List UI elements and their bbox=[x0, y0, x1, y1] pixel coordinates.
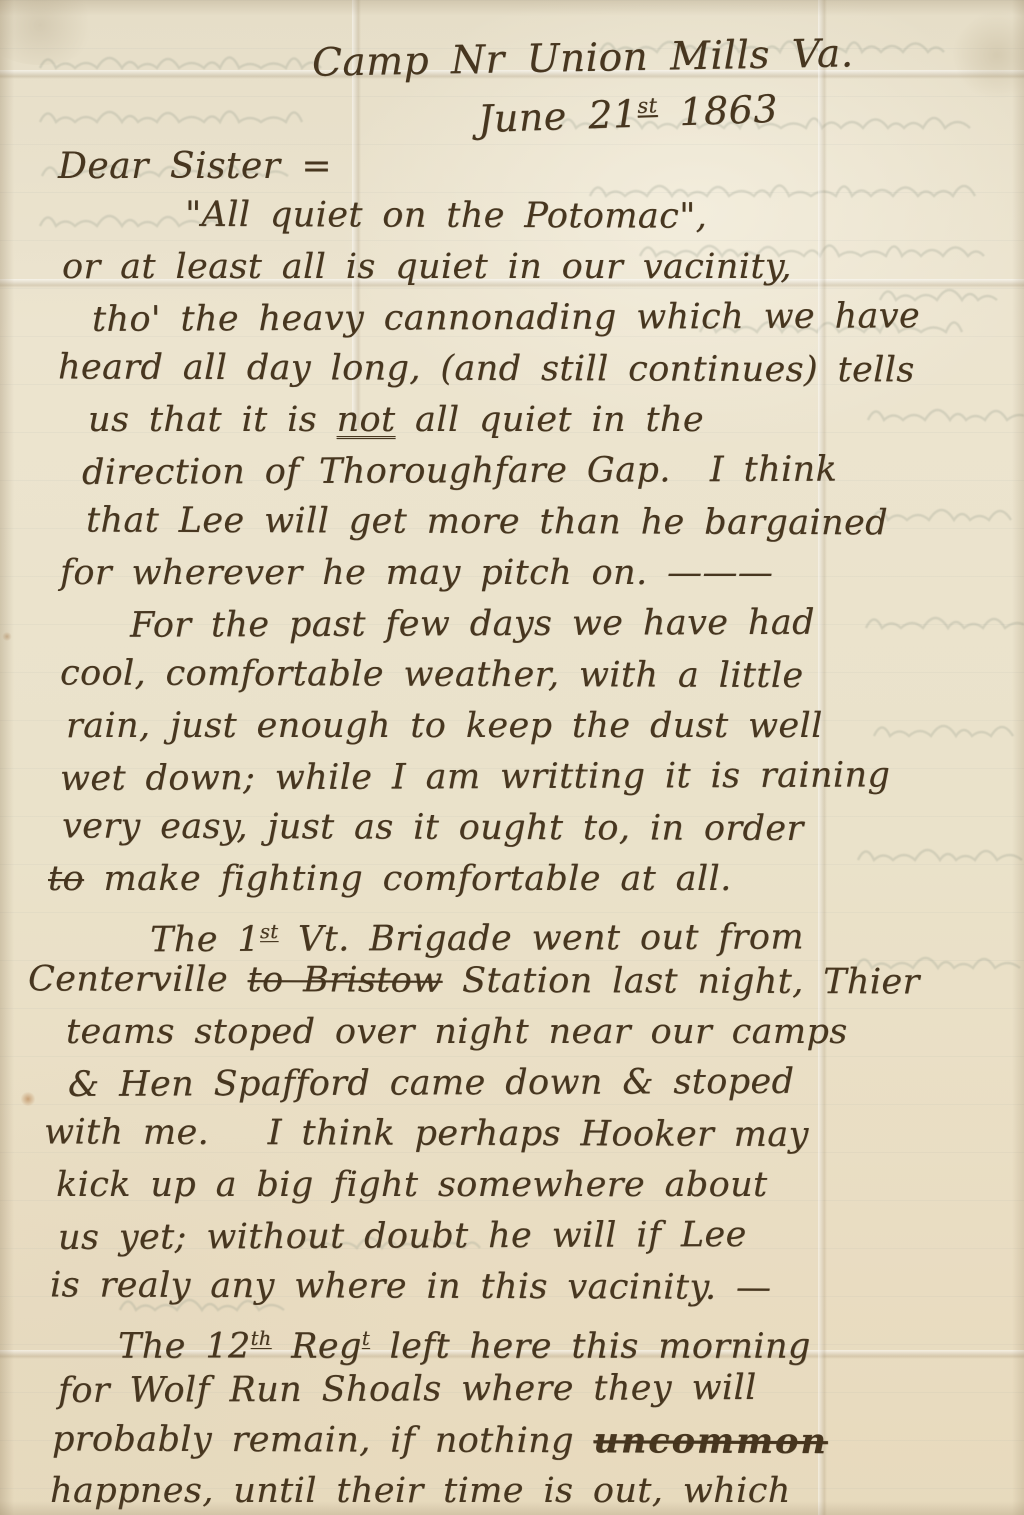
handwriting-segment: to bbox=[48, 859, 84, 899]
letter-line-20: kick up a big fight somewhere about bbox=[0, 1160, 1024, 1211]
letter-line-19: with me. I think perhaps Hooker may bbox=[0, 1107, 1024, 1162]
letter-line-13: very easy, just as it ought to, in order bbox=[0, 801, 1024, 856]
handwriting-segment: all quiet in the bbox=[395, 400, 704, 440]
letter-line-10: cool, comfortable weather, with a little bbox=[0, 648, 1024, 703]
letter-heading-location: Camp Nr Union Mills Va. bbox=[312, 31, 854, 85]
corner-discoloration bbox=[0, 0, 100, 65]
handwriting-segment: teams stoped over night near our camps bbox=[66, 1012, 848, 1052]
handwriting-segment: heard all day long, (and still continues… bbox=[58, 347, 915, 390]
letter-line-8: for wherever he may pitch on. ——— bbox=[0, 548, 1024, 599]
letter-line-7: that Lee will get more than he bargained bbox=[0, 495, 1024, 550]
letter-line-18: & Hen Spafford came down & stoped bbox=[0, 1056, 1024, 1111]
handwriting-segment: tho' the heavy cannonading which we have bbox=[92, 296, 920, 340]
handwriting-segment: that Lee will get more than he bargained bbox=[86, 501, 888, 544]
letter-line-5: us that it is not all quiet in the bbox=[0, 395, 1024, 446]
letter-line-21: us yet; without doubt he will if Lee bbox=[0, 1209, 1024, 1264]
handwriting-segment: uncommon bbox=[593, 1420, 828, 1462]
handwriting-segment: happnes, until their time is out, which bbox=[50, 1471, 791, 1511]
letter-line-24: for Wolf Run Shoals where they will bbox=[0, 1362, 1024, 1417]
handwriting-segment: th bbox=[251, 1327, 272, 1350]
letter-line-4: heard all day long, (and still continues… bbox=[0, 342, 1024, 397]
handwriting-segment: us yet; without doubt he will if Lee bbox=[58, 1215, 747, 1258]
letter-line-9: For the past few days we have had bbox=[0, 597, 1024, 652]
handwriting-segment: for wherever he may pitch on. ——— bbox=[60, 553, 773, 593]
letter-date: June 21st 1863 bbox=[477, 87, 778, 141]
handwriting-segment: for Wolf Run Shoals where they will bbox=[58, 1368, 757, 1411]
handwriting-segment: The 12 bbox=[118, 1327, 251, 1367]
handwriting-segment: wet down; while I am writting it is rain… bbox=[60, 755, 890, 799]
handwriting-segment: left here this morning bbox=[370, 1327, 811, 1367]
letter-line-23: The 12th Regt left here this morning bbox=[0, 1313, 1024, 1364]
letter-line-2: or at least all is quiet in our vacinity… bbox=[0, 242, 1024, 293]
letter-line-12: wet down; while I am writting it is rain… bbox=[0, 750, 1024, 805]
handwriting-segment: direction of Thoroughfare Gap. I think bbox=[82, 450, 837, 493]
handwriting-segment: & Hen Spafford came down & stoped bbox=[68, 1062, 795, 1105]
letter-salutation: Dear Sister = bbox=[58, 146, 332, 187]
ghost-writing-stroke bbox=[40, 58, 321, 69]
handwriting-segment: Reg bbox=[272, 1327, 362, 1367]
letter-line-1: "All quiet on the Potomac", bbox=[0, 189, 1024, 244]
handwriting-segment: 1863 bbox=[657, 87, 779, 135]
letter-line-15: The 1st Vt. Brigade went out from bbox=[0, 903, 1024, 958]
letter-page: Camp Nr Union Mills Va. June 21st 1863 D… bbox=[0, 0, 1024, 1515]
handwriting-segment: make fighting comfortable at all. bbox=[84, 859, 732, 899]
handwriting-segment: For the past few days we have had bbox=[130, 603, 815, 646]
handwriting-segment: is realy any where in this vacinity. — bbox=[50, 1265, 771, 1308]
handwriting-segment: or at least all is quiet in our vacinity… bbox=[62, 247, 792, 287]
letter-body: "All quiet on the Potomac",or at least a… bbox=[0, 191, 1024, 1515]
handwriting-segment: t bbox=[362, 1327, 370, 1350]
handwriting-segment: cool, comfortable weather, with a little bbox=[60, 653, 804, 696]
handwriting-segment: st bbox=[637, 93, 658, 118]
letter-line-16: Centerville to Bristow Station last nigh… bbox=[0, 954, 1024, 1009]
handwriting-segment: "All quiet on the Potomac", bbox=[185, 195, 707, 237]
letter-line-6: direction of Thoroughfare Gap. I think bbox=[0, 444, 1024, 499]
letter-line-25: probably remain, if nothing uncommon bbox=[0, 1413, 1024, 1468]
handwriting-segment: Vt. Brigade went out from bbox=[278, 917, 804, 959]
corner-discoloration bbox=[952, 10, 1024, 100]
handwriting-segment: kick up a big fight somewhere about bbox=[56, 1165, 767, 1205]
handwriting-segment: st bbox=[260, 920, 279, 943]
letter-line-11: rain, just enough to keep the dust well bbox=[0, 701, 1024, 752]
letter-line-22: is realy any where in this vacinity. — bbox=[0, 1260, 1024, 1315]
handwriting-segment: probably remain, if nothing bbox=[52, 1419, 594, 1461]
handwriting-segment: with me. I think perhaps Hooker may bbox=[44, 1112, 809, 1155]
handwriting-segment: not bbox=[337, 400, 396, 440]
handwriting-segment: Centerville bbox=[28, 959, 248, 1000]
handwriting-segment: June 21 bbox=[477, 92, 638, 142]
letter-line-3: tho' the heavy cannonading which we have bbox=[0, 291, 1024, 346]
letter-line-26: happnes, until their time is out, which bbox=[0, 1466, 1024, 1515]
ghost-writing-stroke bbox=[40, 112, 302, 123]
handwriting-segment: us that it is bbox=[88, 400, 337, 440]
handwriting-segment: rain, just enough to keep the dust well bbox=[66, 706, 823, 746]
handwriting-segment: to Bristow bbox=[247, 960, 442, 1001]
letter-line-14: to make fighting comfortable at all. bbox=[0, 854, 1024, 905]
handwriting-segment: Station last night, Thier bbox=[442, 961, 919, 1003]
letter-line-17: teams stoped over night near our camps bbox=[0, 1007, 1024, 1058]
handwriting-segment: very easy, just as it ought to, in order bbox=[62, 806, 804, 849]
